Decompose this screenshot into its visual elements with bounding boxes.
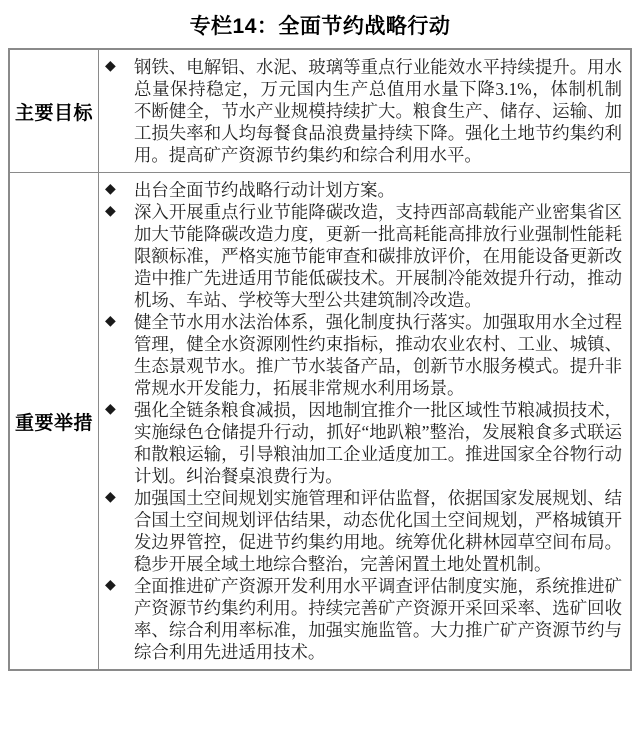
list-item: ◆ 强化全链条粮食减损，因地制宜推介一批区域性节粮减损技术，实施绿色仓储提升行动…	[99, 399, 622, 487]
bullet-text: 深入开展重点行业节能降碳改造，支持西部高载能产业密集省区加大节能降碳改造力度，更…	[134, 202, 622, 310]
bullet-text: 加强国土空间规划实施管理和评估监督，依据国家发展规划、结合国土空间规划评估结果，…	[134, 488, 622, 574]
list-item: ◆ 健全节水用水法治体系，强化制度执行落实。加强取用水全过程管理，健全水资源刚性…	[99, 311, 622, 399]
bullet-text: 健全节水用水法治体系，强化制度执行落实。加强取用水全过程管理，健全水资源刚性约束…	[134, 312, 622, 398]
diamond-bullet-icon: ◆	[105, 204, 116, 218]
diamond-bullet-icon: ◆	[105, 59, 116, 73]
content-cell-key-measures: ◆ 出台全面节约战略行动计划方案。 ◆ 深入开展重点行业节能降碳改造，支持西部高…	[99, 173, 630, 669]
diamond-bullet-icon: ◆	[105, 402, 116, 416]
list-item: ◆ 出台全面节约战略行动计划方案。	[99, 179, 622, 201]
diamond-bullet-icon: ◆	[105, 490, 116, 504]
table-row-key-measures: 重要举措 ◆ 出台全面节约战略行动计划方案。 ◆ 深入开展重点行业节能降碳改造，…	[10, 172, 630, 669]
diamond-bullet-icon: ◆	[105, 578, 116, 592]
page-title: 专栏14：全面节约战略行动	[0, 0, 640, 43]
bullet-text: 强化全链条粮食减损，因地制宜推介一批区域性节粮减损技术，实施绿色仓储提升行动，抓…	[134, 400, 622, 486]
row-label-main-goals: 主要目标	[10, 50, 99, 172]
list-item: ◆ 全面推进矿产资源开发利用水平调查评估制度实施，系统推进矿产资源节约集约利用。…	[99, 575, 622, 663]
bullet-text: 全面推进矿产资源开发利用水平调查评估制度实施，系统推进矿产资源节约集约利用。持续…	[134, 576, 622, 662]
diamond-bullet-icon: ◆	[105, 314, 116, 328]
table-row-main-goals: 主要目标 ◆ 钢铁、电解铝、水泥、玻璃等重点行业能效水平持续提升。用水总量保持稳…	[10, 50, 630, 172]
list-item: ◆ 深入开展重点行业节能降碳改造，支持西部高载能产业密集省区加大节能降碳改造力度…	[99, 201, 622, 311]
list-item: ◆ 钢铁、电解铝、水泥、玻璃等重点行业能效水平持续提升。用水总量保持稳定，万元国…	[99, 56, 622, 166]
document-page: 专栏14：全面节约战略行动 主要目标 ◆ 钢铁、电解铝、水泥、玻璃等重点行业能效…	[0, 0, 640, 731]
content-cell-main-goals: ◆ 钢铁、电解铝、水泥、玻璃等重点行业能效水平持续提升。用水总量保持稳定，万元国…	[99, 50, 630, 172]
row-label-key-measures: 重要举措	[10, 173, 99, 669]
diamond-bullet-icon: ◆	[105, 182, 116, 196]
bullet-text: 钢铁、电解铝、水泥、玻璃等重点行业能效水平持续提升。用水总量保持稳定，万元国内生…	[134, 57, 622, 165]
list-item: ◆ 加强国土空间规划实施管理和评估监督，依据国家发展规划、结合国土空间规划评估结…	[99, 487, 622, 575]
bullet-text: 出台全面节约战略行动计划方案。	[134, 180, 395, 200]
box-table: 主要目标 ◆ 钢铁、电解铝、水泥、玻璃等重点行业能效水平持续提升。用水总量保持稳…	[8, 48, 632, 671]
